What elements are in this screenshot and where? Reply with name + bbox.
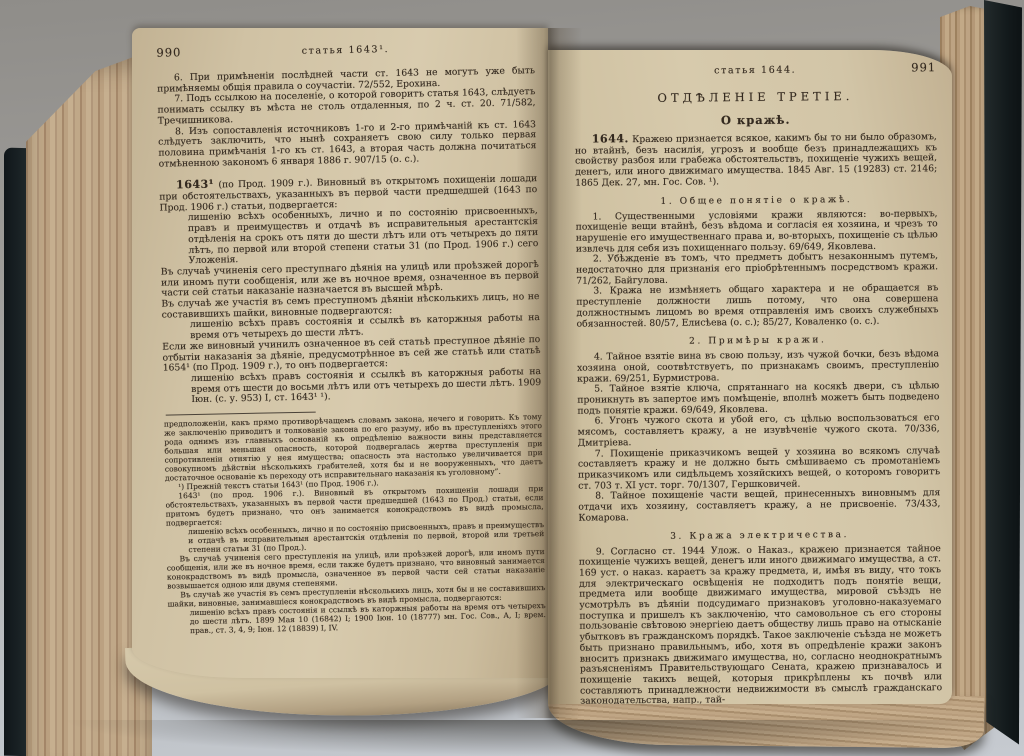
commentary-paragraph-3: 3. Кража не измѣняетъ общаго характера и… [576, 284, 938, 330]
subsection-heading-3: 3. Кража электричества. [579, 529, 941, 542]
commentary-paragraph-9: 9. Согласно ст. 1944 Улож. о Наказ., кра… [579, 544, 943, 704]
left-running-head: 990 статья 1643¹. [156, 38, 534, 60]
article-1644-number: 1644. [592, 132, 629, 145]
article-1643-number: 1643¹ [176, 178, 214, 192]
right-running-title: статья 1644. [620, 64, 890, 78]
left-footnote-continuation: предположеніи, какъ прямо противорѣчащем… [164, 412, 543, 483]
left-footnote-item: лишенію всѣхъ правъ состоянія и ссылкѣ в… [190, 601, 546, 635]
subsection-heading-1: 1. Общее понятіе о кражѣ. [575, 194, 937, 207]
commentary-paragraph-6: 6. Угонъ чужого скота и убой его, съ цѣл… [578, 414, 940, 450]
note-8: 8. Изъ сопоставленія источниковъ 1-го и … [158, 120, 537, 170]
article-1644-lead: 1644. Кражею признается всякое, какимъ б… [575, 131, 938, 189]
commentary-paragraph-7: 7. Похищеніе приказчикомъ вещей у хозяин… [578, 446, 940, 492]
commentary-paragraph-1: 1. Существенными условіями кражи являютс… [576, 209, 938, 255]
right-page-number: 991 [890, 60, 936, 74]
book-drop-shadow [60, 720, 1000, 756]
left-footnote-rule [166, 412, 316, 416]
section-subheading: О кражѣ. [575, 111, 937, 128]
right-running-head: статья 1644. 991 [574, 60, 936, 77]
article-1644-text: Кражею признается всякое, какимъ бы то н… [575, 131, 937, 188]
commentary-paragraph-4: 4. Тайное взятіе вина въ свою пользу, из… [577, 349, 939, 385]
section-heading: ОТДѢЛЕНІЕ ТРЕТІЕ. [574, 88, 936, 105]
open-book-photo: 990 статья 1643¹. 6. При примѣненіи посл… [0, 0, 1024, 756]
commentary-paragraph-8: 8. Тайное похищеніе части вещей, принесе… [578, 489, 940, 525]
article-1643-clause: лишенію всѣхъ правъ состоянія и ссылкѣ в… [191, 367, 542, 406]
left-head-spacer [488, 49, 534, 50]
subsection-heading-2: 2. Примѣры кражи. [577, 334, 939, 347]
left-running-title: статья 1643¹. [202, 42, 488, 59]
left-page-number: 990 [156, 45, 202, 60]
left-page: 990 статья 1643¹. 6. При примѣненіи посл… [132, 28, 548, 678]
article-1643-clause: лишенію всѣхъ особенныхъ, лично и по сос… [188, 207, 539, 268]
book-cover-right-edge [984, 0, 1022, 752]
right-page: статья 1644. 991 ОТДѢЛЕНІЕ ТРЕТІЕ. О кра… [548, 50, 952, 704]
